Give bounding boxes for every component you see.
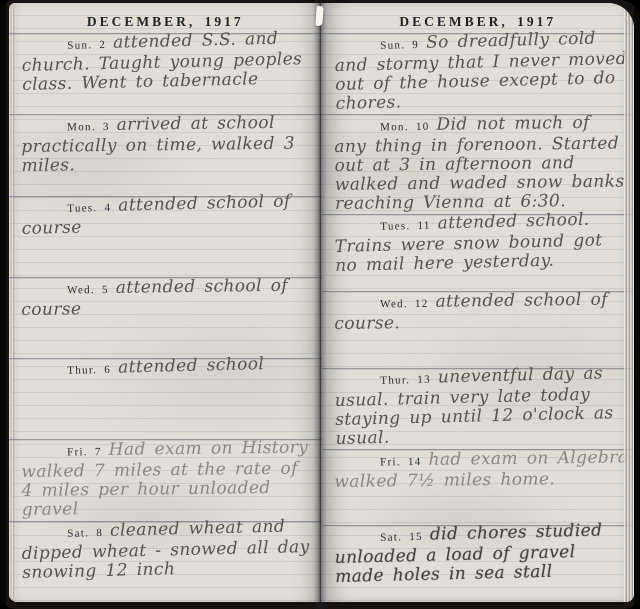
entry-text: Did not much of any thing in forenoon. S… xyxy=(334,113,624,214)
day-label: Fri. 14 xyxy=(380,455,429,468)
diary-book: DECEMBER, 1917 Sun. 2attended S.S. and c… xyxy=(0,0,640,609)
day-label: Mon. 10 xyxy=(380,121,437,134)
day-label: Thur. 6 xyxy=(67,364,118,377)
entry-text: uneventful day as usual. train very late… xyxy=(334,363,613,449)
entry-text: arrived at school practically on time, w… xyxy=(21,113,295,176)
diary-entry: Tues. 4attended school of course xyxy=(9,196,322,277)
diary-entry: Sun. 2attended S.S. and church. Taught y… xyxy=(9,33,322,114)
day-label: Thur. 13 xyxy=(380,373,438,386)
entry-text: attended school of course. xyxy=(334,289,608,333)
day-label: Fri. 7 xyxy=(67,446,109,459)
diary-entry: Thur. 13uneventful day as usual. train v… xyxy=(322,368,635,449)
diary-scan: DECEMBER, 1917 Sun. 2attended S.S. and c… xyxy=(0,0,640,609)
entry-text: So dreadfully cold and stormy that I nev… xyxy=(334,29,627,114)
page-edge-stack-right xyxy=(624,3,634,602)
day-label: Sun. 9 xyxy=(380,39,426,52)
diary-entry: Tues. 11attended school. Trains were sno… xyxy=(322,214,635,291)
diary-page-right: DECEMBER, 1917 Sun. 9So dreadfully cold … xyxy=(322,3,635,602)
diary-entry: Thur. 6attended school xyxy=(9,358,322,439)
diary-entry: Wed. 5attended school of course xyxy=(9,277,322,358)
day-label: Mon. 3 xyxy=(67,121,117,134)
entry-text: attended S.S. and church. Taught young p… xyxy=(21,29,302,95)
diary-entry: Sat. 15did chores studied unloaded a loa… xyxy=(322,525,635,602)
day-label: Tues. 4 xyxy=(67,201,118,214)
entries-column-right: Sun. 9So dreadfully cold and stormy that… xyxy=(322,33,635,602)
diary-entry: Fri. 14had exam on Algebra walked 7½ mil… xyxy=(322,449,635,526)
day-label: Wed. 5 xyxy=(67,284,116,297)
day-label: Wed. 12 xyxy=(380,298,436,311)
diary-entry: Wed. 12attended school of course. xyxy=(322,291,635,368)
diary-page-left: DECEMBER, 1917 Sun. 2attended S.S. and c… xyxy=(9,3,322,602)
entries-column-left: Sun. 2attended S.S. and church. Taught y… xyxy=(9,33,322,602)
day-label: Sat. 15 xyxy=(380,531,430,544)
entry-text: did chores studied unloaded a load of gr… xyxy=(334,521,602,588)
day-label: Sun. 2 xyxy=(67,39,113,52)
diary-entry: Mon. 3arrived at school practically on t… xyxy=(9,114,322,195)
entry-text: attended school of course xyxy=(21,276,288,320)
diary-entry: Mon. 10Did not much of any thing in fore… xyxy=(322,114,635,214)
diary-entry: Sat. 8cleaned wheat and dipped wheat - s… xyxy=(9,521,322,602)
entry-text: cleaned wheat and dipped wheat - snowed … xyxy=(21,516,309,582)
entry-text: attended school xyxy=(118,354,265,378)
entry-text: had exam on Algebra walked 7½ miles home… xyxy=(334,447,628,492)
diary-entry: Fri. 7Had exam on History walked 7 miles… xyxy=(9,439,322,520)
diary-entry: Sun. 9So dreadfully cold and stormy that… xyxy=(322,33,635,114)
entry-text: Had exam on History walked 7 miles at th… xyxy=(21,438,308,521)
day-label: Sat. 8 xyxy=(67,527,110,540)
entry-text: attended school. Trains were snow bound … xyxy=(334,210,602,276)
paper-tear xyxy=(315,6,323,26)
entry-text: attended school of course xyxy=(21,191,290,239)
open-spread: DECEMBER, 1917 Sun. 2attended S.S. and c… xyxy=(9,3,634,602)
day-label: Tues. 11 xyxy=(380,219,438,232)
